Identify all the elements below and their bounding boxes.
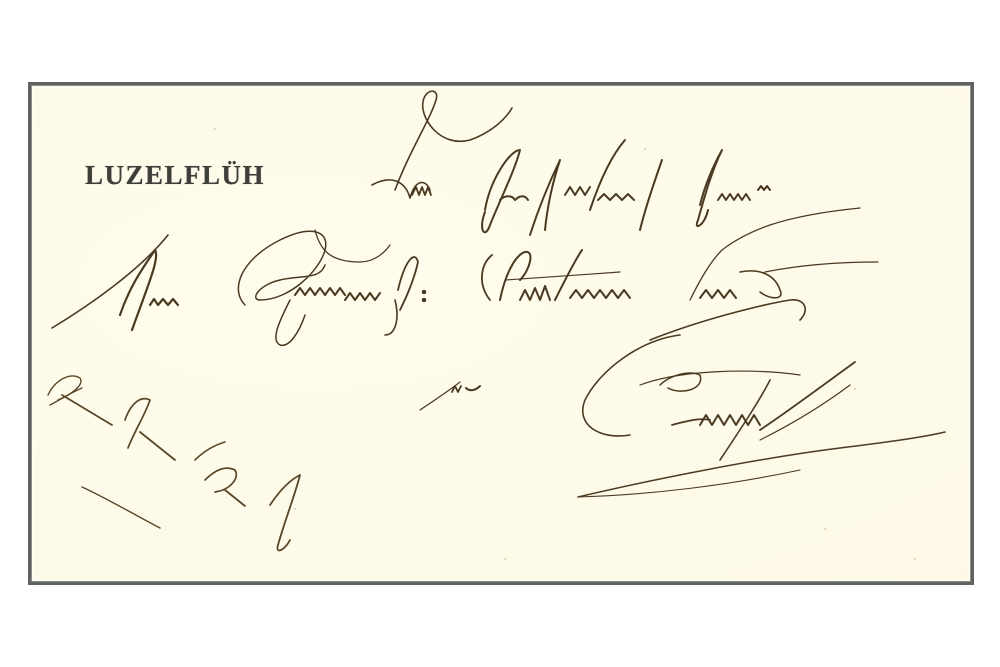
address-line-4: Burgdorf <box>0 0 1 1</box>
sender-note: Amtsschreiberei Lützelflüh <box>0 0 1 1</box>
postmark-stamp: LUZELFLÜH <box>85 160 265 191</box>
address-line-3: zu <box>0 0 1 1</box>
document-frame <box>28 82 974 585</box>
address-line-2: Herrn Regierungsstatthalter Fromm <box>0 0 1 1</box>
address-line-1: Dem Hochgeachten Herrn <box>0 0 1 1</box>
